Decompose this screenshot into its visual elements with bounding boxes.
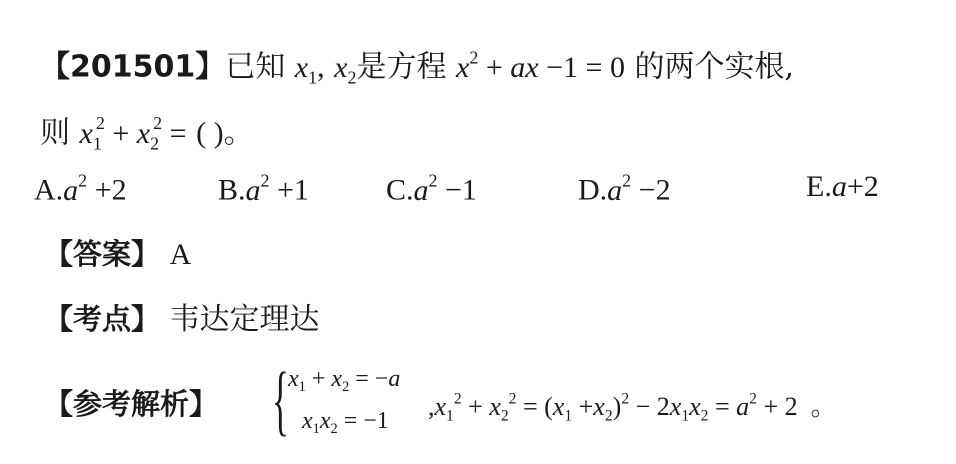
option-b: B.a2 +1 bbox=[218, 170, 309, 208]
option-a: A.a2 +2 bbox=[34, 170, 127, 208]
question-text-2: 是方程 bbox=[357, 50, 447, 85]
equation-system: { x1 + x2 = −a x1x2 = −1 bbox=[272, 364, 432, 448]
question-line-2: 则 x12 + x22 = ( )。 bbox=[40, 106, 254, 160]
var-x2: x2 bbox=[334, 51, 356, 84]
system-equation-2: x1x2 = −1 bbox=[302, 408, 389, 438]
topic-value: 韦达定理达 bbox=[170, 302, 320, 337]
analysis-label: 【参考解析】 bbox=[44, 387, 218, 421]
system-equation-1: x1 + x2 = −a bbox=[288, 366, 400, 396]
topic-line: 【考点】 韦达定理达 bbox=[44, 302, 320, 337]
topic-label: 【考点】 bbox=[44, 302, 160, 336]
answer-label: 【答案】 bbox=[44, 237, 160, 271]
option-c: C.a2 −1 bbox=[386, 170, 477, 208]
option-d: D.a2 −2 bbox=[578, 170, 671, 208]
question-text-3: 的两个实根, bbox=[635, 50, 795, 85]
answer-blank: ( )。 bbox=[196, 117, 253, 150]
answer-value: A bbox=[170, 238, 192, 271]
question-line-1: 【201501】已知 x1, x2是方程 x2 + ax −1 = 0 的两个实… bbox=[40, 40, 794, 94]
derivation: ,x12 + x22 = (x1 +x2)2 − 2x1x2 = a2 + 2 … bbox=[428, 386, 837, 425]
var-x1: x1 bbox=[295, 51, 317, 84]
left-brace-icon: { bbox=[272, 358, 289, 442]
option-e: E.a+2 bbox=[806, 170, 879, 204]
answer-line: 【答案】 A bbox=[44, 237, 191, 272]
equation: x2 + ax −1 = 0 bbox=[456, 51, 625, 84]
line2-prefix: 则 bbox=[40, 116, 70, 151]
question-id-tag: 【201501】 bbox=[40, 50, 225, 85]
comma: , bbox=[317, 51, 325, 84]
question-text-1: 已知 bbox=[225, 50, 285, 85]
analysis-label-line: 【参考解析】 bbox=[44, 387, 218, 422]
line2-expression: x12 + x22 = bbox=[80, 117, 187, 150]
